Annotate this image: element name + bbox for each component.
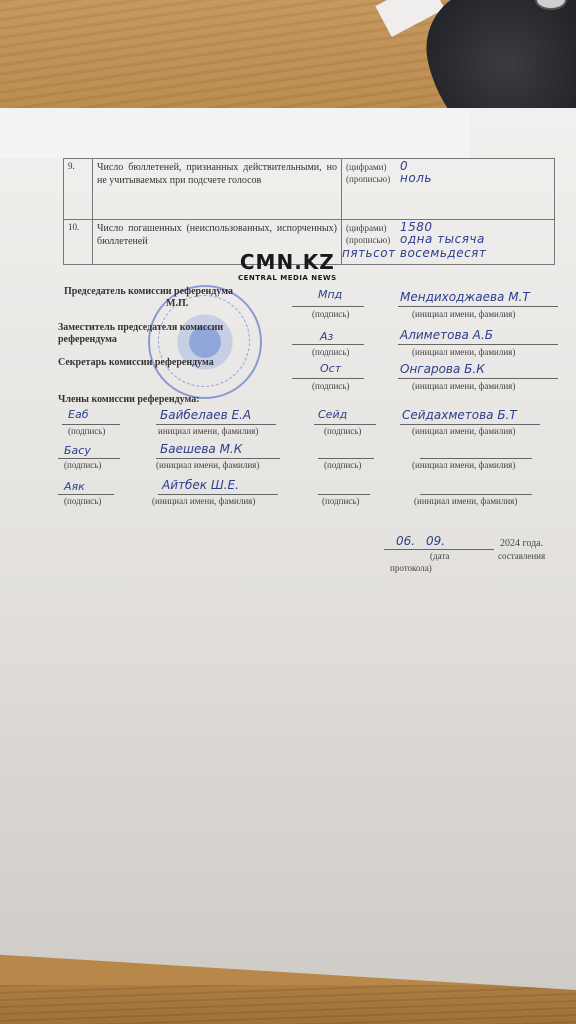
name-caption: (инициал имени, фамилия) xyxy=(412,381,515,391)
signature-caption: (подпись) xyxy=(322,496,359,506)
deputy-name: Алиметова А.Б xyxy=(400,328,493,342)
date-caption-2: составления xyxy=(498,551,545,561)
signature-caption: (подпись) xyxy=(312,347,349,357)
signature-line xyxy=(58,494,114,495)
signature-line xyxy=(62,424,120,425)
name-line xyxy=(420,494,532,495)
secretary-signature: Ост xyxy=(320,362,341,375)
name-caption: (инициал имени, фамилия) xyxy=(414,496,517,506)
name-caption: (инициал имени, фамилия) xyxy=(152,496,255,506)
date-caption-3: протокола) xyxy=(390,563,432,573)
words-label: (прописью) xyxy=(346,173,550,185)
signature-line xyxy=(292,344,364,345)
signature-caption: (подпись) xyxy=(64,496,101,506)
name-caption: (инициал имени, фамилия) xyxy=(412,347,515,357)
name-line xyxy=(398,344,558,345)
chair-signature: Мпд xyxy=(318,288,342,301)
row-number: 9. xyxy=(64,159,93,220)
logo-brand: CMN.KZ xyxy=(238,252,337,272)
words-value-continued: пятьсот восемьдесят xyxy=(342,246,486,260)
member-signature: Сейд xyxy=(318,408,347,421)
cmn-watermark-logo: CMN.KZ CENTRAL MEDIA NEWS xyxy=(238,252,337,282)
member-name: Байбелаев Е.А xyxy=(160,408,251,422)
table-row: 9. Число бюллетеней, признанных действит… xyxy=(64,159,555,220)
name-line xyxy=(156,424,276,425)
member-name: Айтбек Ш.Е. xyxy=(162,478,239,492)
row-description: Число бюллетеней, признанных действитель… xyxy=(93,159,342,220)
secretary-title: Секретарь комиссии референдума xyxy=(58,357,214,369)
date-year: 2024 года. xyxy=(500,538,543,549)
row-value: (цифрами) (прописью) 1580 одна тысяча пя… xyxy=(342,220,555,265)
sheet-top-strip xyxy=(0,108,470,158)
desk-surface-bottom xyxy=(0,985,576,1024)
signature-caption: (подпись) xyxy=(68,426,105,436)
row-value: (цифрами) (прописью) 0 ноль xyxy=(342,159,555,220)
signature-caption: (подпись) xyxy=(324,460,361,470)
member-signature: Басу xyxy=(64,444,91,457)
chair-seal-mark: М.П. xyxy=(166,298,188,310)
signature-line xyxy=(292,306,364,307)
member-name: Сейдахметова Б.Т xyxy=(402,408,517,422)
name-caption: (инициал имени, фамилия) xyxy=(412,426,515,436)
signature-line xyxy=(318,494,370,495)
name-line xyxy=(398,306,558,307)
name-line xyxy=(400,424,540,425)
ballot-stats-table: 9. Число бюллетеней, признанных действит… xyxy=(63,158,555,265)
signature-line xyxy=(318,458,374,459)
date-month: 09. xyxy=(426,534,445,548)
words-value: одна тысяча xyxy=(400,232,485,246)
member-signature: Аяк xyxy=(64,480,85,493)
row-number: 10. xyxy=(64,220,93,265)
signature-line xyxy=(314,424,376,425)
deputy-title: Заместитель председателя комиссии рефере… xyxy=(58,322,268,346)
signature-caption: (подпись) xyxy=(312,309,349,319)
date-day: 06. xyxy=(396,534,415,548)
name-line xyxy=(156,458,280,459)
name-caption: (инициал имени, фамилия) xyxy=(412,309,515,319)
chair-name: Мендиходжаева М.Т xyxy=(400,290,530,304)
logo-tagline: CENTRAL MEDIA NEWS xyxy=(238,274,337,282)
name-caption: инициал имени, фамилия) xyxy=(158,426,258,436)
digits-label: (цифрами) xyxy=(346,161,550,173)
members-title: Члены комиссии референдума: xyxy=(58,394,200,406)
signature-caption: (подпись) xyxy=(312,381,349,391)
name-line xyxy=(158,494,278,495)
deputy-signature: Аз xyxy=(320,330,333,343)
signature-caption: (подпись) xyxy=(64,460,101,470)
chair-title: Председатель комиссии референдума xyxy=(64,286,233,298)
member-name: Баешева М.К xyxy=(160,442,242,456)
name-line xyxy=(420,458,532,459)
signature-line xyxy=(58,458,120,459)
name-line xyxy=(398,378,558,379)
member-signature: Еаб xyxy=(68,408,88,421)
words-value: ноль xyxy=(400,171,432,185)
secretary-name: Онгарова Б.К xyxy=(400,362,485,376)
name-caption: (инициал имени, фамилия) xyxy=(156,460,259,470)
date-caption-1: (дата xyxy=(430,551,449,561)
date-line xyxy=(384,549,494,550)
signature-line xyxy=(292,378,364,379)
signature-caption: (подпись) xyxy=(324,426,361,436)
name-caption: (инициал имени, фамилия) xyxy=(412,460,515,470)
